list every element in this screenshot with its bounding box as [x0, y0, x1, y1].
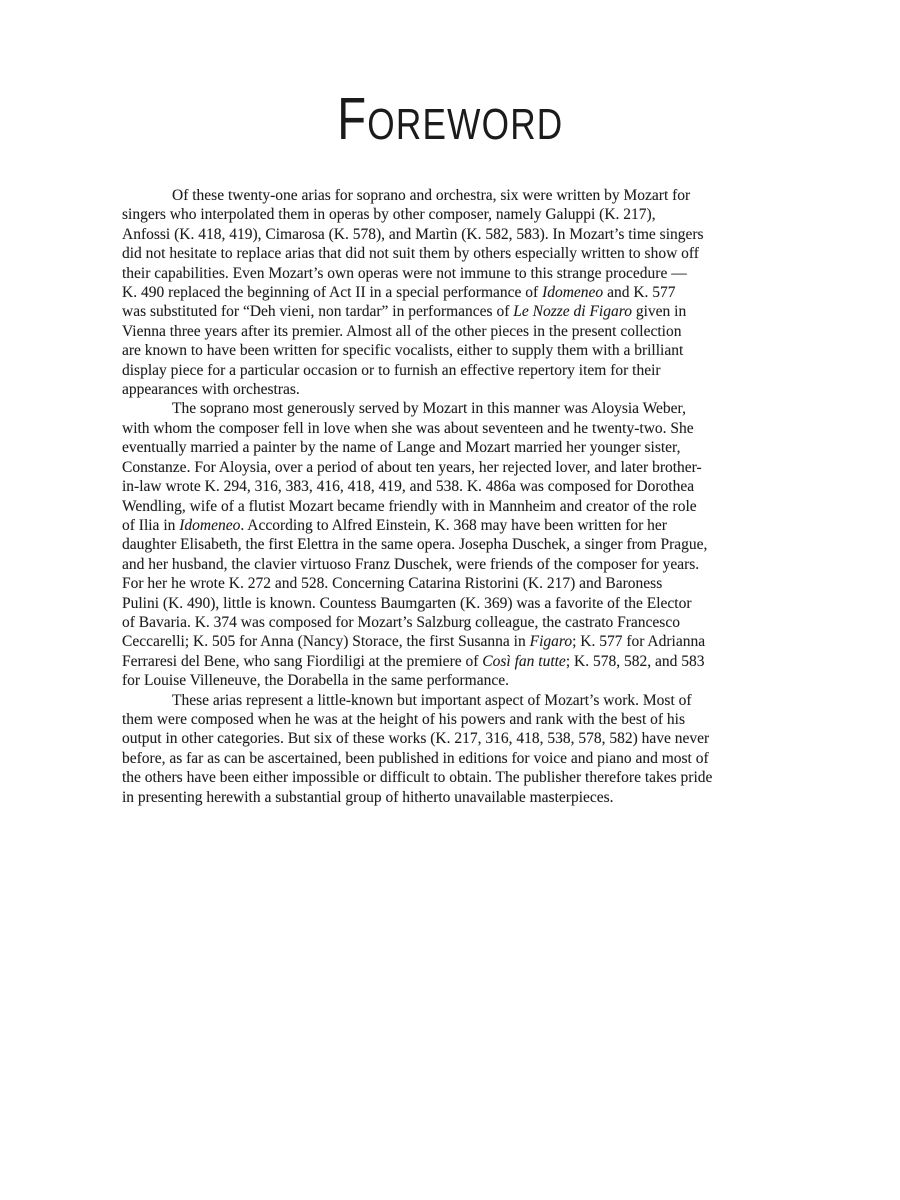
text-run: eventually married a painter by the name… — [122, 439, 680, 456]
text-line: was substituted for “Deh vieni, non tard… — [122, 302, 812, 321]
text-run: output in other categories. But six of t… — [122, 730, 709, 747]
text-line: are known to have been written for speci… — [122, 341, 812, 360]
text-run: in presenting herewith a substantial gro… — [122, 789, 614, 806]
text-line: Anfossi (K. 418, 419), Cimarosa (K. 578)… — [122, 225, 812, 244]
text-line: output in other categories. But six of t… — [122, 729, 812, 748]
text-line: in-law wrote K. 294, 316, 383, 416, 418,… — [122, 477, 812, 496]
text-run: display piece for a particular occasion … — [122, 362, 661, 379]
book-page: FOREWORD Of these twenty-one arias for s… — [0, 0, 900, 1200]
text-line: The soprano most generously served by Mo… — [122, 399, 812, 418]
text-line: of Ilia in Idomeneo. According to Alfred… — [122, 516, 812, 535]
text-run: These arias represent a little-known but… — [172, 692, 692, 709]
paragraph: These arias represent a little-known but… — [122, 691, 812, 807]
text-line: Pulini (K. 490), little is known. Counte… — [122, 594, 812, 613]
text-run: and her husband, the clavier virtuoso Fr… — [122, 556, 699, 573]
page-title: FOREWORD — [0, 90, 900, 149]
italic-text-run: Idomeneo — [542, 284, 603, 301]
text-line: Ceccarelli; K. 505 for Anna (Nancy) Stor… — [122, 632, 812, 651]
text-run: the others have been either impossible o… — [122, 769, 712, 786]
italic-text-run: Idomeneo — [179, 517, 240, 534]
text-line: Wendling, wife of a flutist Mozart becam… — [122, 497, 812, 516]
text-line: K. 490 replaced the beginning of Act II … — [122, 283, 812, 302]
text-run: was substituted for “Deh vieni, non tard… — [122, 303, 513, 320]
text-line: and her husband, the clavier virtuoso Fr… — [122, 555, 812, 574]
text-run: For her he wrote K. 272 and 528. Concern… — [122, 575, 662, 592]
text-line: them were composed when he was at the he… — [122, 710, 812, 729]
text-run: Vienna three years after its premier. Al… — [122, 323, 681, 340]
text-line: These arias represent a little-known but… — [122, 691, 812, 710]
text-run: of Ilia in — [122, 517, 179, 534]
text-line: For her he wrote K. 272 and 528. Concern… — [122, 574, 812, 593]
text-run: before, as far as can be ascertained, be… — [122, 750, 709, 767]
text-run: Constanze. For Aloysia, over a period of… — [122, 459, 702, 476]
text-run: Ferraresi del Bene, who sang Fiordiligi … — [122, 653, 482, 670]
text-line: for Louise Villeneuve, the Dorabella in … — [122, 671, 812, 690]
paragraph: Of these twenty-one arias for soprano an… — [122, 186, 812, 399]
text-run: singers who interpolated them in operas … — [122, 206, 656, 223]
paragraph: The soprano most generously served by Mo… — [122, 399, 812, 690]
text-line: Constanze. For Aloysia, over a period of… — [122, 458, 812, 477]
text-run: in-law wrote K. 294, 316, 383, 416, 418,… — [122, 478, 694, 495]
italic-text-run: Le Nozze di Figaro — [513, 303, 632, 320]
text-line: Of these twenty-one arias for soprano an… — [122, 186, 812, 205]
text-line: Ferraresi del Bene, who sang Fiordiligi … — [122, 652, 812, 671]
text-run: Anfossi (K. 418, 419), Cimarosa (K. 578)… — [122, 226, 704, 243]
text-line: the others have been either impossible o… — [122, 768, 812, 787]
page-title-text: FOREWORD — [337, 90, 563, 149]
text-line: Vienna three years after its premier. Al… — [122, 322, 812, 341]
text-run: appearances with orchestras. — [122, 381, 300, 398]
text-line: with whom the composer fell in love when… — [122, 419, 812, 438]
text-run: for Louise Villeneuve, the Dorabella in … — [122, 672, 509, 689]
text-run: Pulini (K. 490), little is known. Counte… — [122, 595, 692, 612]
text-run: Of these twenty-one arias for soprano an… — [172, 187, 690, 204]
text-line: daughter Elisabeth, the first Elettra in… — [122, 535, 812, 554]
text-line: before, as far as can be ascertained, be… — [122, 749, 812, 768]
text-run: did not hesitate to replace arias that d… — [122, 245, 699, 262]
text-line: their capabilities. Even Mozart’s own op… — [122, 264, 812, 283]
text-run: K. 490 replaced the beginning of Act II … — [122, 284, 542, 301]
text-run: . According to Alfred Einstein, K. 368 m… — [240, 517, 667, 534]
text-line: did not hesitate to replace arias that d… — [122, 244, 812, 263]
text-run: daughter Elisabeth, the first Elettra in… — [122, 536, 707, 553]
text-run: The soprano most generously served by Mo… — [172, 400, 686, 417]
text-run: them were composed when he was at the he… — [122, 711, 685, 728]
title-remaining-letters: OREWORD — [367, 100, 563, 149]
text-run: given in — [632, 303, 686, 320]
italic-text-run: Figaro — [530, 633, 572, 650]
text-run: Ceccarelli; K. 505 for Anna (Nancy) Stor… — [122, 633, 530, 650]
text-line: appearances with orchestras. — [122, 380, 812, 399]
text-run: with whom the composer fell in love when… — [122, 420, 694, 437]
title-initial-letter: F — [337, 86, 367, 152]
text-run: are known to have been written for speci… — [122, 342, 683, 359]
text-run: Wendling, wife of a flutist Mozart becam… — [122, 498, 697, 515]
foreword-text-block: Of these twenty-one arias for soprano an… — [122, 186, 812, 807]
text-run: their capabilities. Even Mozart’s own op… — [122, 265, 687, 282]
text-line: in presenting herewith a substantial gro… — [122, 788, 812, 807]
text-run: ; K. 577 for Adrianna — [572, 633, 705, 650]
text-run: ; K. 578, 582, and 583 — [566, 653, 705, 670]
text-run: and K. 577 — [603, 284, 675, 301]
italic-text-run: Così fan tutte — [482, 653, 566, 670]
text-run: of Bavaria. K. 374 was composed for Moza… — [122, 614, 680, 631]
text-line: of Bavaria. K. 374 was composed for Moza… — [122, 613, 812, 632]
text-line: singers who interpolated them in operas … — [122, 205, 812, 224]
text-line: display piece for a particular occasion … — [122, 361, 812, 380]
text-line: eventually married a painter by the name… — [122, 438, 812, 457]
